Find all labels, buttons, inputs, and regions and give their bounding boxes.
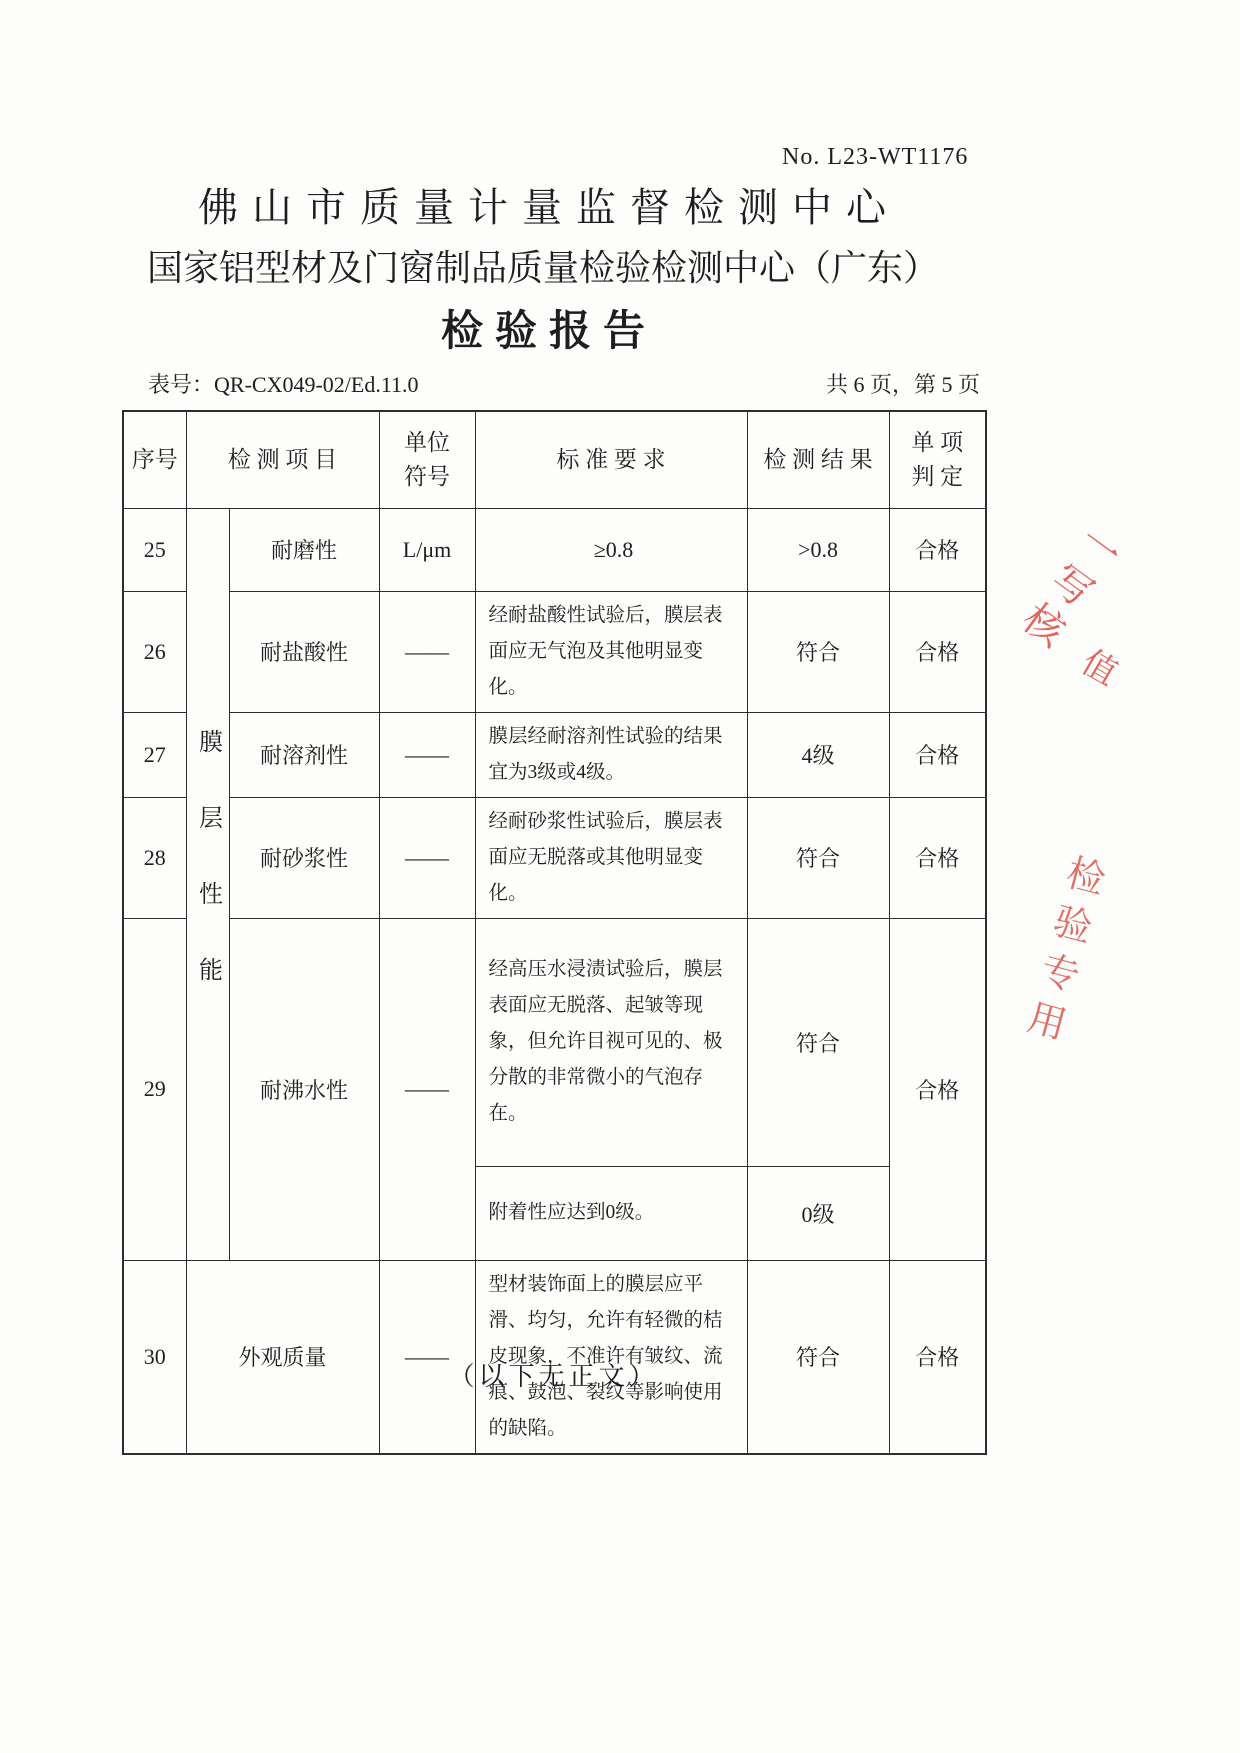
row-no: 29 <box>123 918 186 1260</box>
test-result: 符合 <box>747 918 889 1166</box>
item-name: 耐溶剂性 <box>229 712 379 797</box>
category-cell: 膜层性能 <box>186 508 229 1260</box>
test-result: 0级 <box>747 1166 889 1260</box>
test-result: 符合 <box>747 797 889 918</box>
table-row-29a: 29 耐沸水性 —— 经高压水浸渍试验后，膜层表面应无脱落、起皱等现象，但允许目… <box>123 918 986 1166</box>
col-header-no: 序号 <box>123 411 186 508</box>
org-title-primary: 佛 山 市 质 量 计 量 监 督 检 测 中 心 <box>128 176 958 233</box>
row-no: 28 <box>123 797 186 918</box>
org-title-secondary: 国家铝型材及门窗制品质量检验检测中心（广东） <box>128 240 958 291</box>
table-row-28: 28 耐砂浆性 —— 经耐砂浆性试验后，膜层表面应无脱落或其他明显变化。 符合 … <box>123 797 986 918</box>
standard-requirement: 附着性应达到0级。 <box>475 1166 747 1260</box>
standard-requirement: 经高压水浸渍试验后，膜层表面应无脱落、起皱等现象，但允许目视可见的、极分散的非常… <box>475 918 747 1166</box>
form-number-value: QR-CX049-02/Ed.11.0 <box>214 372 419 397</box>
standard-requirement: ≥0.8 <box>475 508 747 591</box>
col-header-item: 检 测 项 目 <box>186 411 379 508</box>
table-header-row: 序号 检 测 项 目 单位 符号 标 准 要 求 检 测 结 果 单 项 判 定 <box>123 411 986 508</box>
unit-symbol: —— <box>379 918 475 1260</box>
col-header-unit-line1: 单位 <box>404 430 450 455</box>
standard-requirement: 经耐砂浆性试验后，膜层表面应无脱落或其他明显变化。 <box>475 797 747 918</box>
test-result: >0.8 <box>747 508 889 591</box>
col-header-unit: 单位 符号 <box>379 411 475 508</box>
report-page: No. L23-WT1176 佛 山 市 质 量 计 量 监 督 检 测 中 心… <box>0 0 1240 1753</box>
form-number: 表号：QR-CX049-02/Ed.11.0 <box>148 368 419 399</box>
table-row-26: 26 耐盐酸性 —— 经耐盐酸性试验后，膜层表面应无气泡及其他明显变化。 符合 … <box>123 591 986 712</box>
unit-symbol: L/μm <box>379 508 475 591</box>
col-header-judge-line1: 单 项 <box>911 430 963 455</box>
unit-symbol: —— <box>379 797 475 918</box>
row-no: 25 <box>123 508 186 591</box>
red-stamp-fragment-2: 值 <box>1076 646 1122 692</box>
end-of-text-note: （以下无正文） <box>122 1356 985 1393</box>
judgement: 合格 <box>889 712 986 797</box>
item-name: 耐沸水性 <box>229 918 379 1260</box>
item-name: 耐磨性 <box>229 508 379 591</box>
page-count: 共 6 页，第 5 页 <box>826 368 980 399</box>
table-row-27: 27 耐溶剂性 —— 膜层经耐溶剂性试验的结果宜为3级或4级。 4级 合格 <box>123 712 986 797</box>
item-name: 耐盐酸性 <box>229 591 379 712</box>
col-header-judge-line2: 判 定 <box>911 464 963 489</box>
unit-symbol: —— <box>379 712 475 797</box>
red-stamp-fragment-3: 检验专用 <box>1017 850 1105 1053</box>
report-title: 检验报告 <box>128 298 958 358</box>
inspection-table: 序号 检 测 项 目 单位 符号 标 准 要 求 检 测 结 果 单 项 判 定… <box>122 410 987 1455</box>
report-number: No. L23-WT1176 <box>782 144 968 171</box>
judgement: 合格 <box>889 591 986 712</box>
category-label: 膜层性能 <box>196 729 220 1033</box>
standard-requirement: 经耐盐酸性试验后，膜层表面应无气泡及其他明显变化。 <box>475 591 747 712</box>
red-stamp-fragment-1: 一写核 <box>1009 516 1126 656</box>
judgement: 合格 <box>889 797 986 918</box>
col-header-result: 检 测 结 果 <box>747 411 889 508</box>
col-header-unit-line2: 符号 <box>404 464 450 489</box>
judgement: 合格 <box>889 508 986 591</box>
standard-requirement: 膜层经耐溶剂性试验的结果宜为3级或4级。 <box>475 712 747 797</box>
row-no: 26 <box>123 591 186 712</box>
row-no: 27 <box>123 712 186 797</box>
test-result: 符合 <box>747 591 889 712</box>
judgement: 合格 <box>889 918 986 1260</box>
col-header-judge: 单 项 判 定 <box>889 411 986 508</box>
meta-row: 表号：QR-CX049-02/Ed.11.0 共 6 页，第 5 页 <box>148 368 980 399</box>
col-header-standard: 标 准 要 求 <box>475 411 747 508</box>
table-row-25: 25 膜层性能 耐磨性 L/μm ≥0.8 >0.8 合格 <box>123 508 986 591</box>
test-result: 4级 <box>747 712 889 797</box>
form-number-label: 表号： <box>148 372 214 397</box>
unit-symbol: —— <box>379 591 475 712</box>
item-name: 耐砂浆性 <box>229 797 379 918</box>
